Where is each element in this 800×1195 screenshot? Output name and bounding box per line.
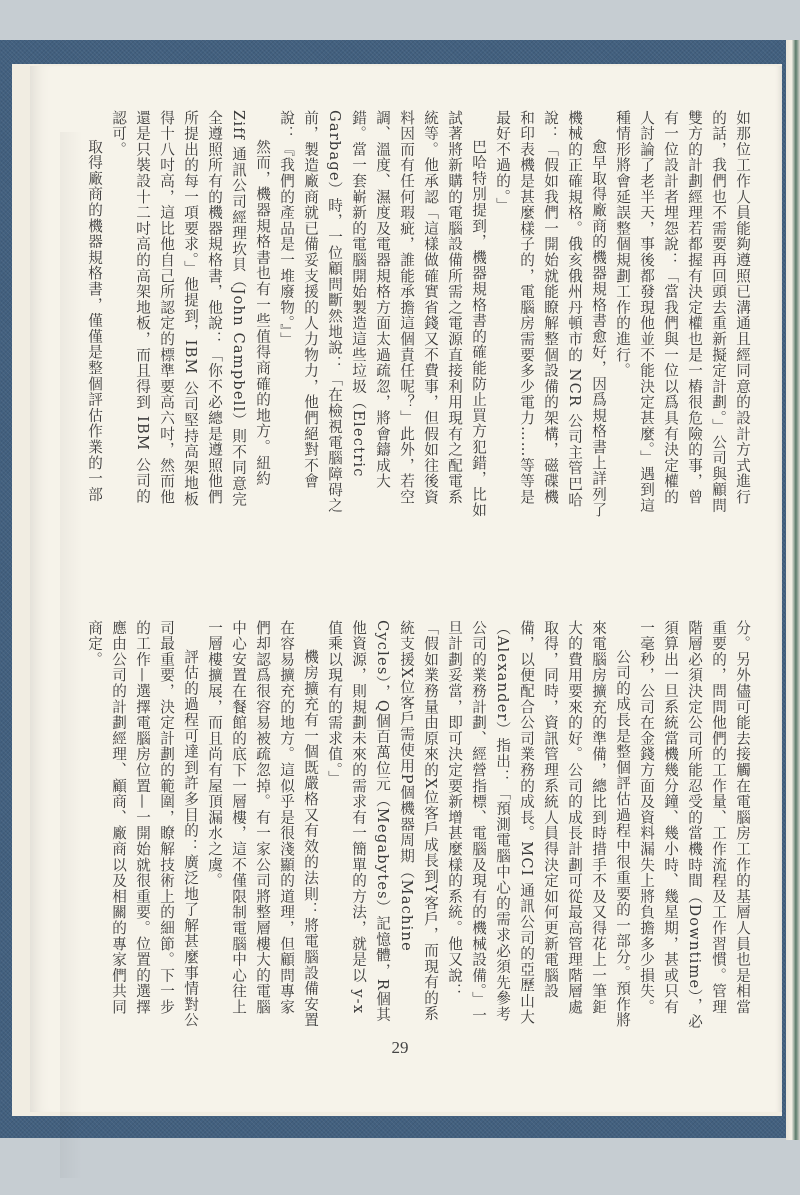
paragraph: 巴哈特別提到，機器規格書的確能防止買方犯錯，比如試著將新購的電腦設備所需之電源直… — [274, 110, 490, 520]
paragraph: 機房擴充有一個既嚴格又有效的法則：將電腦設備安置在容易擴充的地方。這似乎是很淺顯… — [202, 620, 322, 1030]
paragraph: 愈早取得廠商的機器規格書愈好，因爲規格書上詳列了機械的正確規格。俄亥俄州丹頓市的… — [490, 110, 610, 520]
paragraph: 如那位工作人員能夠遵照已溝通且經同意的設計方式進行的話，我們也不需要再回頭去重新… — [610, 110, 754, 520]
paragraph: 評估的過程可達到許多目的：廣泛地了解甚麼事情對公司最重要，決定計劃的範圍，瞭解技… — [82, 620, 202, 1030]
paragraph: 取得廠商的機器規格書，僅僅是整個評估作業的一部 — [82, 110, 106, 520]
paragraph: 然而，機器規格書也有一些值得商確的地方。紐約 Ziff 通訊公司經理坎貝（Joh… — [106, 110, 274, 520]
facing-page-edge — [786, 40, 800, 1140]
text-block-top: 如那位工作人員能夠遵照已溝通且經同意的設計方式進行的話，我們也不需要再回頭去重新… — [104, 110, 754, 520]
text-block-bottom: 分。另外儘可能去接觸在電腦房工作的基層人員也是相當重要的，問問他們的工作量、工作… — [104, 620, 754, 1030]
page-number: 29 — [0, 1038, 800, 1058]
paragraph: 公司的成長是整個評估過程中很重要的一部分。預作將來電腦房擴充的準備，總比到時措手… — [322, 620, 634, 1030]
paragraph: 分。另外儘可能去接觸在電腦房工作的基層人員也是相當重要的，問問他們的工作量、工作… — [634, 620, 754, 1030]
page-gutter-shadow — [60, 132, 82, 1178]
